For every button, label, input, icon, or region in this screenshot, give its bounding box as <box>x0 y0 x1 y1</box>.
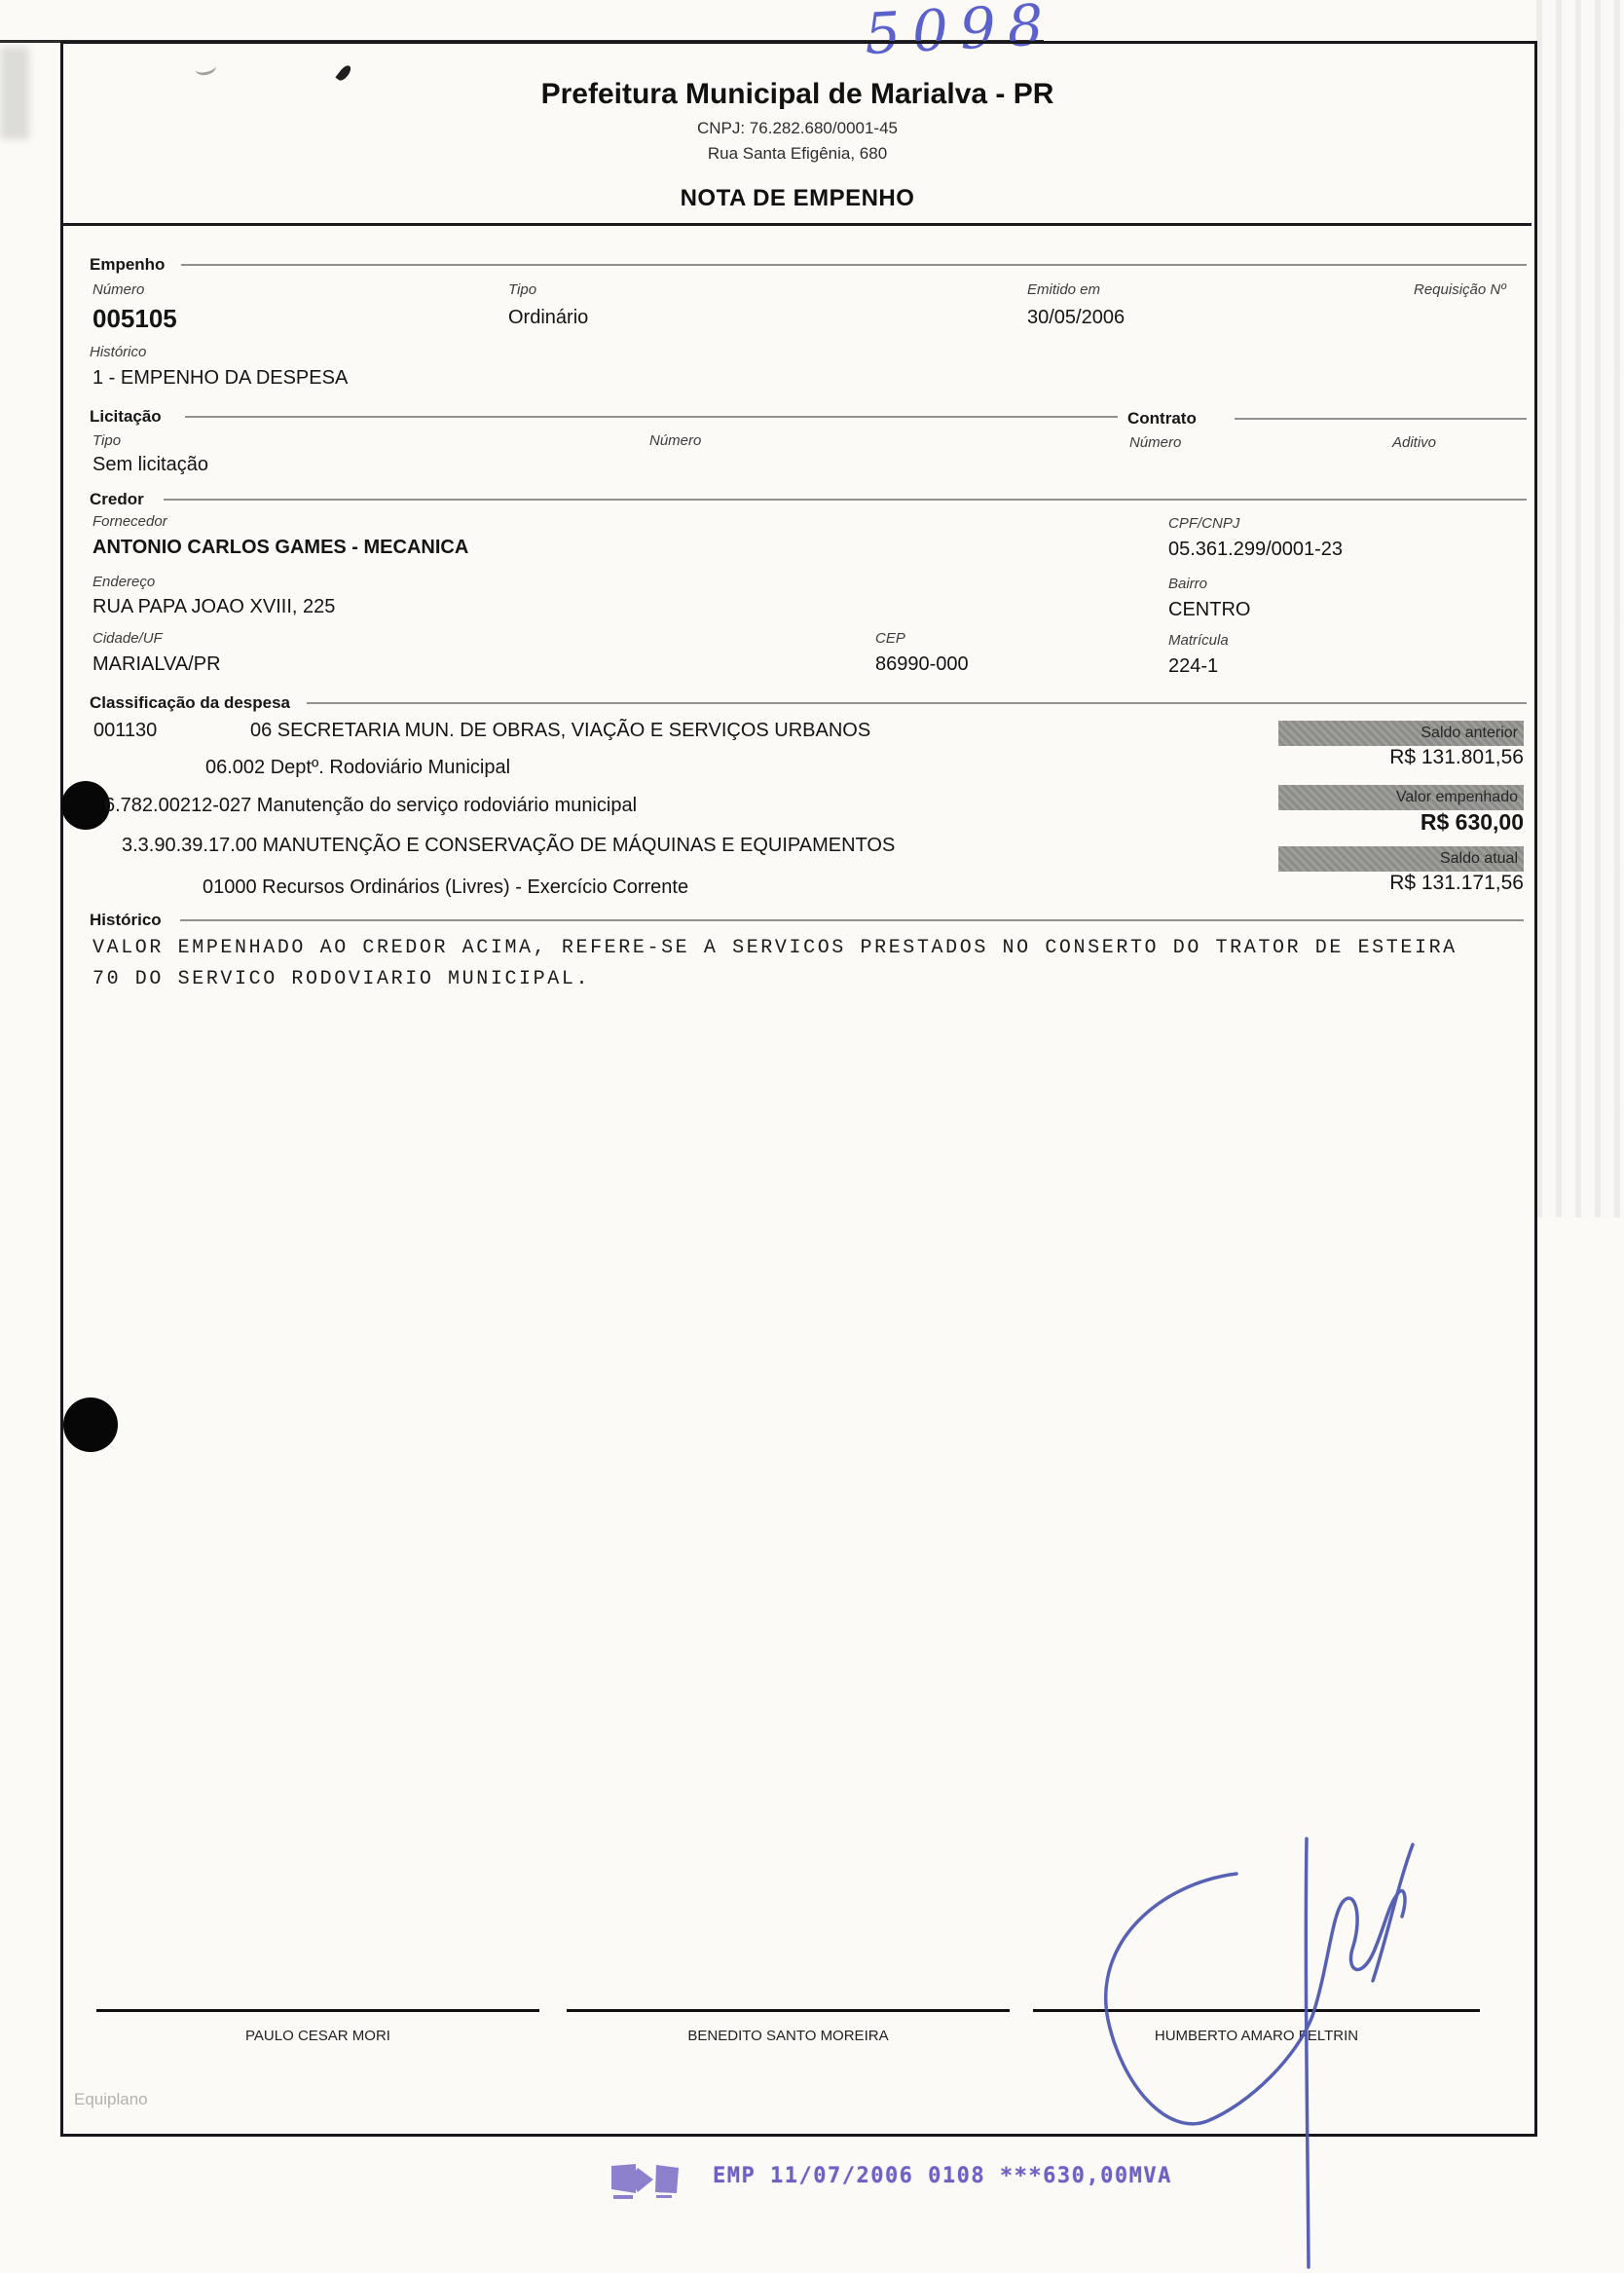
org-title: Prefeitura Municipal de Marialva - PR <box>63 78 1532 111</box>
historico-text-line1: VALOR EMPENHADO AO CREDOR ACIMA, REFERE-… <box>92 937 1458 959</box>
label-contrato-aditivo: Aditivo <box>1392 434 1436 451</box>
label-endereco: Endereço <box>92 574 155 590</box>
label-licitacao-numero: Número <box>649 432 701 449</box>
label-requisicao: Requisição Nº <box>1414 281 1506 298</box>
label-historico-empenho: Histórico <box>90 344 146 360</box>
saldo-atual-bar: Saldo atual <box>1278 846 1524 872</box>
rule-contrato <box>1235 418 1527 420</box>
rule-classificacao <box>307 702 1527 704</box>
classificacao-row: 06.002 Deptº. Rodoviário Municipal <box>205 757 510 779</box>
rule-credor <box>164 499 1527 501</box>
org-address: Rua Santa Efigênia, 680 <box>63 144 1532 164</box>
valor-empenhado-value: R$ 630,00 <box>1207 809 1524 836</box>
label-cidade-uf: Cidade/UF <box>92 630 163 647</box>
stamp-text: EMP 11/07/2006 0108 ***630,00MVA <box>713 2164 1172 2188</box>
saldo-anterior-bar: Saldo anterior <box>1278 721 1524 746</box>
classificacao-row: 6.782.00212-027 Manutenção do serviço ro… <box>104 795 637 817</box>
value-cidade-uf: MARIALVA/PR <box>92 653 221 676</box>
label-tipo: Tipo <box>508 281 536 298</box>
valor-empenhado-bar: Valor empenhado <box>1278 785 1524 810</box>
label-licitacao-tipo: Tipo <box>92 432 121 449</box>
value-bairro: CENTRO <box>1168 599 1250 621</box>
scan-streaks-right <box>1536 0 1624 1217</box>
label-bairro: Bairro <box>1168 576 1207 592</box>
section-historico: Histórico <box>90 911 162 930</box>
section-contrato: Contrato <box>1127 409 1197 429</box>
classificacao-row-code: 001130 <box>93 720 157 742</box>
value-numero: 005105 <box>92 304 177 334</box>
label-contrato-numero: Número <box>1129 434 1181 451</box>
section-licitacao: Licitação <box>90 407 162 427</box>
value-licitacao-tipo: Sem licitação <box>92 454 208 476</box>
saldo-anterior-value: R$ 131.801,56 <box>1207 746 1524 769</box>
label-emitido: Emitido em <box>1027 281 1100 298</box>
rule-historico <box>180 919 1524 921</box>
scan-smudge-top-left <box>0 47 29 139</box>
header-separator <box>60 223 1532 226</box>
classificacao-row: 01000 Recursos Ordinários (Livres) - Exe… <box>203 876 688 899</box>
rule-empenho <box>181 264 1527 266</box>
value-cpf-cnpj: 05.361.299/0001-23 <box>1168 539 1343 561</box>
punch-hole-top <box>61 781 110 830</box>
label-cep: CEP <box>875 630 905 647</box>
value-fornecedor: ANTONIO CARLOS GAMES - MECANICA <box>92 537 468 559</box>
label-matricula: Matrícula <box>1168 632 1229 649</box>
value-matricula: 224-1 <box>1168 655 1218 678</box>
org-cnpj: CNPJ: 76.282.680/0001-45 <box>63 119 1532 138</box>
value-cep: 86990-000 <box>875 653 969 676</box>
stamp-logo-icon <box>611 2160 682 2203</box>
signature-name-2: BENEDITO SANTO MOREIRA <box>567 2028 1010 2044</box>
historico-text-line2: 70 DO SERVICO RODOVIARIO MUNICIPAL. <box>92 968 590 990</box>
document-type-title: NOTA DE EMPENHO <box>63 185 1532 212</box>
value-historico-empenho: 1 - EMPENHO DA DESPESA <box>92 367 348 390</box>
rule-licitacao <box>185 416 1118 418</box>
signature-name-1: PAULO CESAR MORI <box>96 2028 539 2044</box>
saldo-atual-value: R$ 131.171,56 <box>1207 872 1524 895</box>
section-empenho: Empenho <box>90 255 165 275</box>
classificacao-row: 06 SECRETARIA MUN. DE OBRAS, VIAÇÃO E SE… <box>250 720 870 742</box>
section-classificacao: Classificação da despesa <box>90 693 290 713</box>
label-cpf-cnpj: CPF/CNPJ <box>1168 515 1239 532</box>
label-numero: Número <box>92 281 144 298</box>
label-fornecedor: Fornecedor <box>92 513 167 530</box>
value-endereco: RUA PAPA JOAO XVIII, 225 <box>92 596 335 618</box>
section-credor: Credor <box>90 490 144 509</box>
signature-line-2 <box>567 2009 1010 2012</box>
signature-line-1 <box>96 2009 539 2012</box>
scanned-document-page: 5098 Prefeitura Municipal de Marialva - … <box>0 0 1624 2273</box>
classificacao-row: 3.3.90.39.17.00 MANUTENÇÃO E CONSERVAÇÃO… <box>122 835 895 857</box>
punch-hole-bottom <box>63 1397 118 1452</box>
footer-brand: Equiplano <box>74 2090 148 2109</box>
handwritten-signature <box>1052 1823 1421 2273</box>
value-tipo: Ordinário <box>508 307 588 329</box>
scan-edge-left <box>0 0 16 2273</box>
value-emitido: 30/05/2006 <box>1027 307 1125 329</box>
